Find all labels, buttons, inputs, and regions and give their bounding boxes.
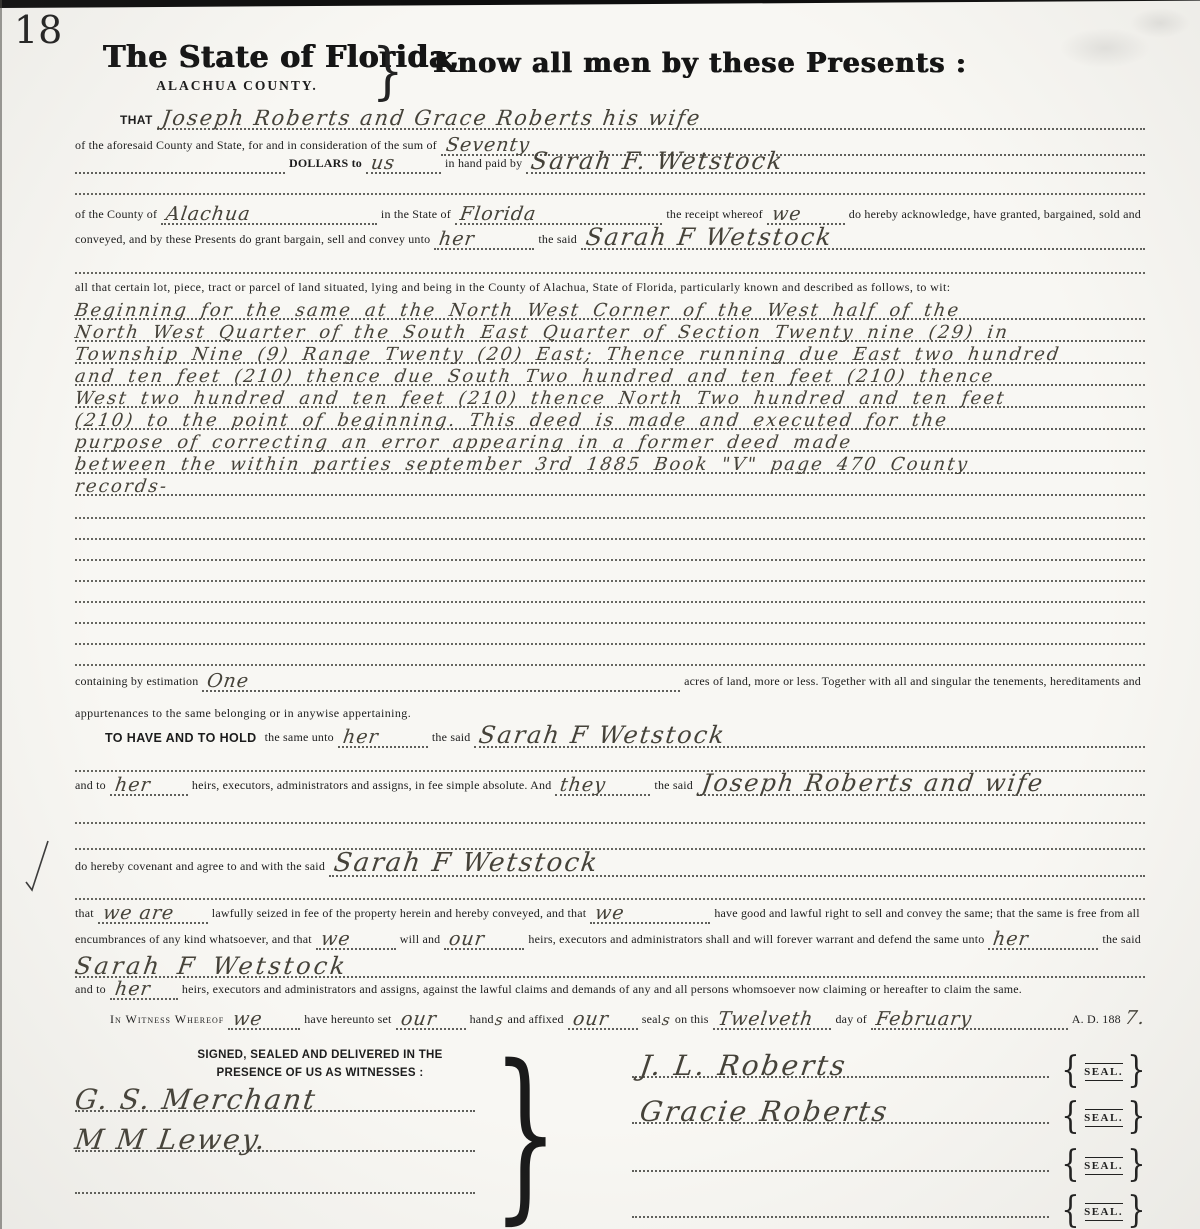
grantors-handwriting: Joseph Roberts and wife [700, 771, 1046, 795]
witness-signature: G. S. Merchant [73, 1086, 318, 1114]
blank-rule [75, 538, 1145, 540]
agree-label: do hereby covenant and agree to and with… [75, 859, 329, 877]
scan-smudge [1060, 28, 1150, 68]
acreage-fill: One [202, 672, 680, 692]
ad-label: A. D. 188 [1068, 1012, 1125, 1030]
proclamation-title: Know all men by these Presents : [433, 48, 967, 79]
set-label: have hereunto set [300, 1012, 395, 1030]
signature-line: J. L. Roberts [632, 1052, 1049, 1078]
grantee-fill: Sarah F Wetstock [329, 850, 1145, 877]
testimonium-line: In Witness Whereof we have hereunto set … [75, 996, 1145, 1030]
pronoun-fill: they [555, 776, 650, 796]
witness-signature-row: M M Lewey. [75, 1118, 475, 1152]
day-fill: Twelveth [713, 1010, 832, 1030]
habendum-line: and to her heirs, executors, administrat… [75, 766, 1145, 796]
seal-plural-handwriting: s [661, 1013, 672, 1028]
month-handwriting: February [875, 1010, 974, 1029]
the-said-label: the said [650, 778, 697, 796]
county-title: ALACHUA COUNTY. [103, 78, 371, 94]
the-said-label: the said [428, 730, 475, 748]
signature-row: { SEAL. } [632, 1126, 1148, 1172]
pronoun-handwriting: they [559, 776, 608, 795]
deed-document-page: 18 The State of Florida, ALACHUA COUNTY.… [0, 0, 1200, 1229]
grantor-signature: Gracie Roberts [638, 1098, 891, 1126]
seal-rule [1085, 1063, 1123, 1064]
to-have-line: TO HAVE AND TO HOLD the same unto her th… [75, 718, 1145, 748]
seal-brace-right-icon: } [1127, 1197, 1145, 1226]
same-unto-label: the same unto [261, 730, 338, 748]
witness-signature-row [75, 1160, 475, 1194]
grantors-fill: Joseph Roberts and wife [697, 771, 1145, 796]
pronoun-fill: our [568, 1010, 638, 1030]
containing-label: containing by estimation [75, 674, 202, 692]
scan-smudge [1130, 8, 1190, 38]
signature-row: Gracie Roberts { SEAL. } [632, 1078, 1148, 1124]
blank-rule [75, 272, 1145, 274]
pronoun-fill: her [110, 776, 188, 796]
containing-line: containing by estimation One acres of la… [75, 662, 1145, 692]
blank-rule [75, 580, 1145, 582]
signature-row: J. L. Roberts { SEAL. } [632, 1032, 1148, 1078]
grantee-handwriting: Sarah F Wetstock [332, 850, 600, 876]
to-have-label: TO HAVE AND TO HOLD [75, 731, 261, 748]
convey-pronoun-fill: her [434, 230, 534, 250]
on-this-label: on this [675, 1012, 713, 1030]
witness-brace-icon: } [492, 1032, 558, 1229]
pronoun-handwriting: her [114, 776, 152, 795]
document-header-left: The State of Florida, ALACHUA COUNTY. [103, 40, 371, 94]
convey-text: conveyed, and by these Presents do grant… [75, 232, 434, 250]
unto-pronoun-fill: her [338, 728, 428, 748]
seal-stamp: { SEAL. } [1059, 1197, 1148, 1226]
scan-top-border [0, 0, 1200, 8]
unto-pronoun-handwriting: her [342, 728, 380, 747]
blank-rule [75, 622, 1145, 624]
grantee-handwriting: Sarah F Wetstock [478, 723, 728, 747]
blank-rule [75, 517, 1145, 519]
month-fill: February [871, 1010, 1068, 1030]
hand-label: hand [466, 1012, 494, 1030]
margin-checkmark [22, 838, 52, 907]
convey-line: conveyed, and by these Presents do grant… [75, 220, 1145, 250]
covenant-line: do hereby covenant and agree to and with… [75, 847, 1145, 877]
acres-text: acres of land, more or less. Together wi… [680, 674, 1145, 692]
dollars-label: DOLLARS to [285, 156, 366, 174]
heirs-text: heirs, executors, administrators and ass… [188, 778, 556, 796]
scan-left-edge [0, 0, 2, 1229]
description-line: records- [75, 468, 1145, 496]
blank-rule [75, 559, 1145, 561]
seal-rule [1085, 1109, 1123, 1110]
seal-label: SEAL. [1084, 1160, 1123, 1172]
pronoun-fill: we [228, 1010, 300, 1030]
blank-rule [75, 822, 1145, 824]
claims-line: and to her heirs, executors and administ… [75, 966, 1145, 1000]
paid-to-fill: us [366, 154, 441, 174]
payer-handwriting: Sarah F. Wetstock [530, 149, 786, 173]
and-to-label: and to [75, 778, 110, 796]
description-handwriting: records- [74, 478, 170, 496]
signature-line: Gracie Roberts [632, 1098, 1049, 1124]
acreage-handwriting: One [206, 672, 251, 691]
witness-heading-line1: SIGNED, SEALED AND DELIVERED IN THE [150, 1046, 490, 1064]
in-witness-label: In Witness Whereof [110, 1012, 228, 1030]
page-number: 18 [14, 8, 62, 52]
seal-word-label: seal [638, 1012, 661, 1030]
dollars-line: DOLLARS to us in hand paid by Sarah F. W… [75, 144, 1145, 174]
convey-pronoun-handwriting: her [438, 230, 476, 249]
header-brace-icon: } [372, 34, 404, 107]
state-title: The State of Florida, [103, 40, 371, 75]
seal-label: SEAL. [1084, 1066, 1123, 1078]
pronoun-fill: our [396, 1010, 466, 1030]
signature-line [632, 1216, 1049, 1218]
seal-brace-left-icon: { [1061, 1197, 1079, 1226]
pronoun-handwriting: our [571, 1010, 609, 1029]
grantee-fill: Sarah F Wetstock [474, 723, 1145, 748]
lead-fill [75, 172, 285, 174]
payer-fill: Sarah F. Wetstock [526, 149, 1145, 174]
seal-rule [1085, 1157, 1123, 1158]
year-handwriting: 7. [1124, 1009, 1147, 1028]
day-handwriting: Twelveth [716, 1010, 814, 1029]
blank-rule [75, 601, 1145, 603]
the-said-label: the said [534, 232, 581, 250]
seal-rule [1085, 1203, 1123, 1204]
grantor-signature: J. L. Roberts [638, 1052, 849, 1080]
signature-row: { SEAL. } [632, 1172, 1148, 1218]
seal-label: SEAL. [1084, 1206, 1123, 1218]
grantee-fill: Sarah F Wetstock [581, 225, 1145, 250]
witness-signature: M M Lewey. [73, 1126, 269, 1154]
seal-rule [1085, 1220, 1123, 1221]
seal-label: SEAL. [1084, 1112, 1123, 1124]
paid-to-handwriting: us [370, 154, 397, 173]
pronoun-handwriting: our [399, 1010, 437, 1029]
witness-signature-row: G. S. Merchant [75, 1078, 475, 1112]
grantee-handwriting: Sarah F Wetstock [584, 225, 834, 249]
pronoun-handwriting: we [232, 1010, 264, 1029]
in-hand-label: in hand paid by [441, 156, 526, 174]
blank-rule [75, 643, 1145, 645]
day-of-label: day of [831, 1012, 871, 1030]
